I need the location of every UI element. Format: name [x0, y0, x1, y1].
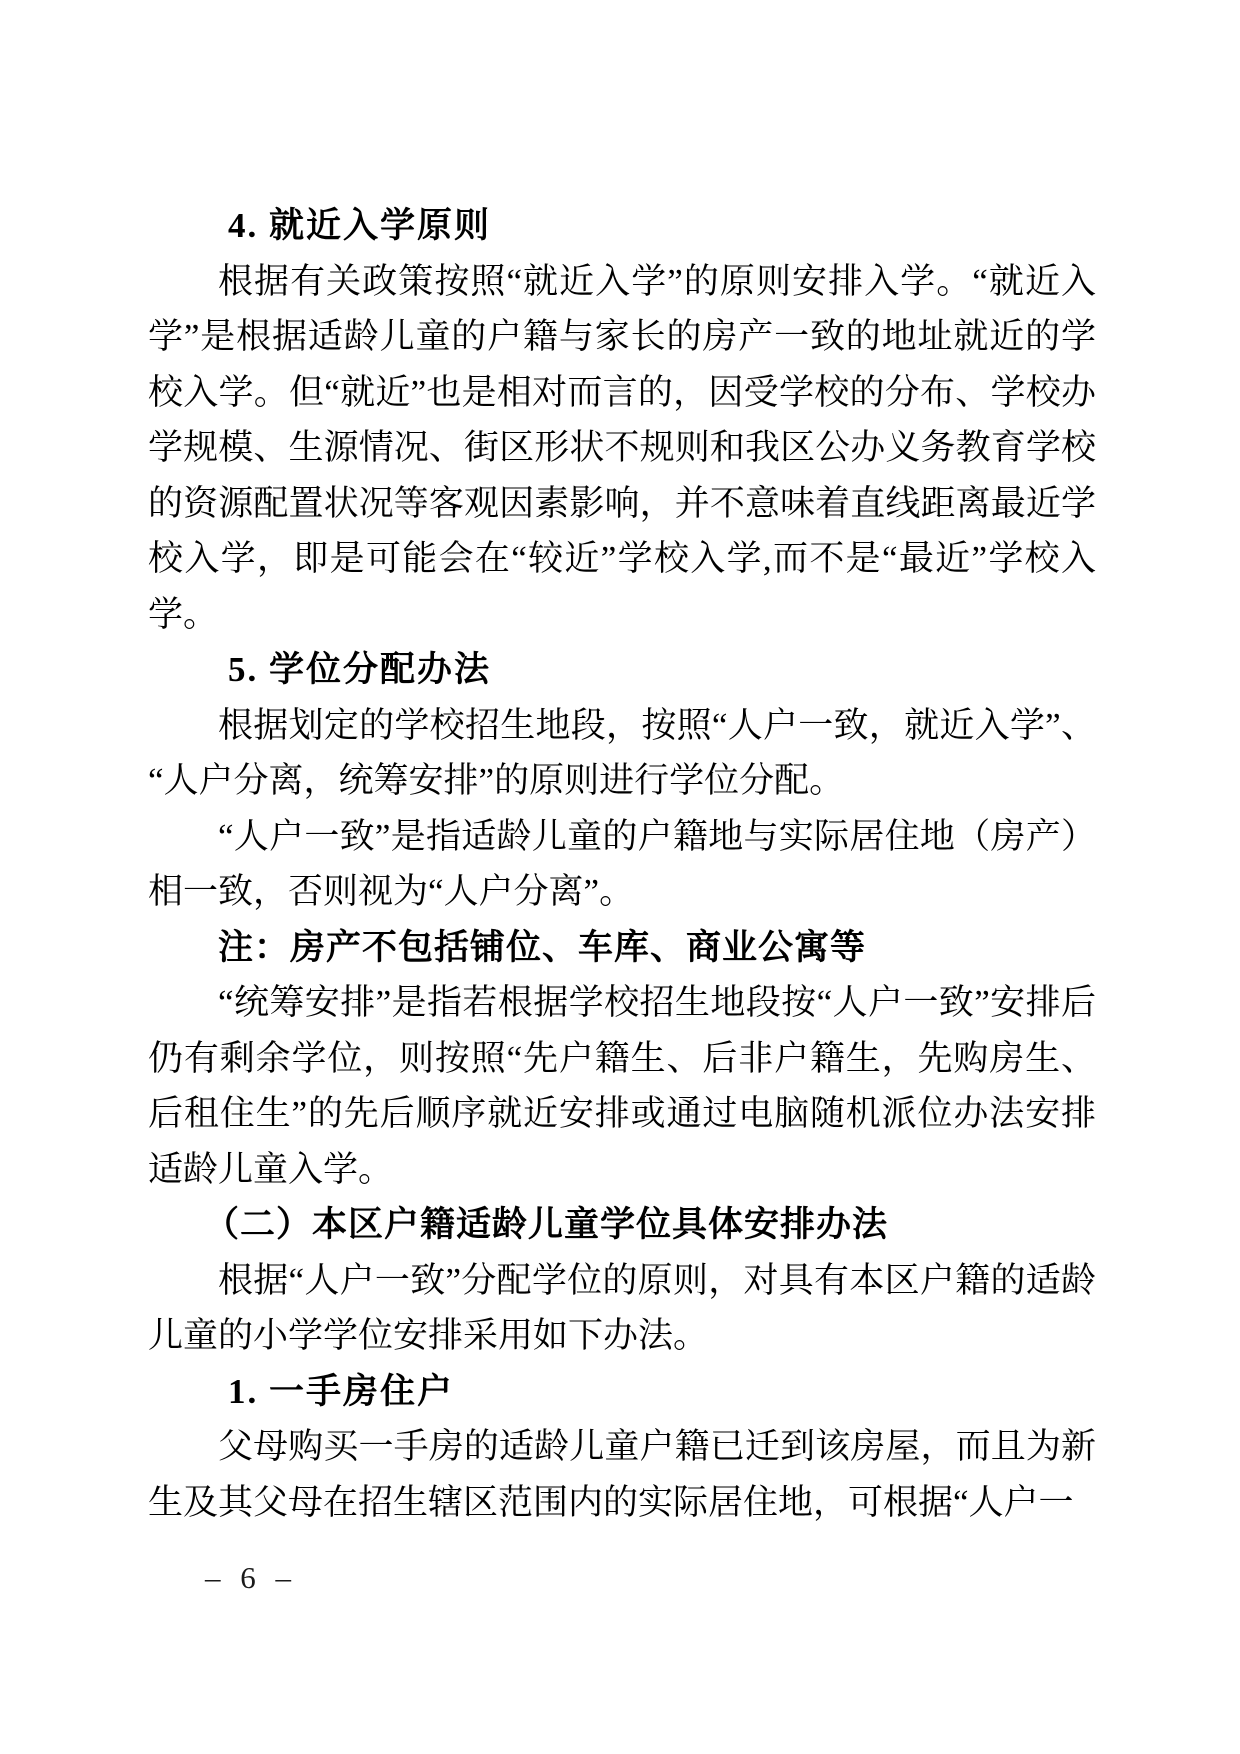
note-property-exclusions: 注：房产不包括铺位、车库、商业公寓等	[148, 920, 1096, 976]
paragraph-allocation-principle: 根据划定的学校招生地段，按照“人户一致，就近入学”、“人户分离，统筹安排”的原则…	[148, 698, 1096, 809]
heading-district-hukou-arrangement: （二）本区户籍适龄儿童学位具体安排办法	[148, 1197, 1096, 1253]
heading-nearby-enrollment-principle: 4. 就近入学原则	[148, 198, 1096, 254]
paragraph-renhu-yizhi-definition: “人户一致”是指适龄儿童的户籍地与实际居住地（房产）相一致，否则视为“人户分离”…	[148, 809, 1096, 920]
paragraph-district-hukou-principle: 根据“人户一致”分配学位的原则，对具有本区户籍的适龄儿童的小学学位安排采用如下办…	[148, 1253, 1096, 1364]
document-page: 4. 就近入学原则 根据有关政策按照“就近入学”的原则安排入学。“就近入学”是根…	[0, 0, 1240, 1754]
document-body: 4. 就近入学原则 根据有关政策按照“就近入学”的原则安排入学。“就近入学”是根…	[148, 198, 1096, 1530]
paragraph-first-hand-housing-detail: 父母购买一手房的适龄儿童户籍已迁到该房屋，而且为新生及其父母在招生辖区范围内的实…	[148, 1419, 1096, 1530]
heading-seat-allocation-method: 5. 学位分配办法	[148, 642, 1096, 698]
page-number: – 6 –	[205, 1560, 297, 1596]
paragraph-tongchou-anpai-definition: “统筹安排”是指若根据学校招生地段按“人户一致”安排后仍有剩余学位，则按照“先户…	[148, 975, 1096, 1197]
paragraph-nearby-enrollment-explanation: 根据有关政策按照“就近入学”的原则安排入学。“就近入学”是根据适龄儿童的户籍与家…	[148, 254, 1096, 643]
heading-first-hand-housing: 1. 一手房住户	[148, 1364, 1096, 1420]
